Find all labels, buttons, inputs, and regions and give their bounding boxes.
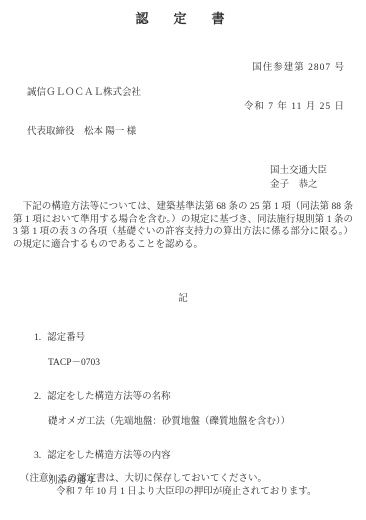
item-2-number: 2. [34, 392, 41, 402]
record-marker: 記 [0, 290, 366, 304]
notice-line-2: 令和 7 年 10 月 1 日より大臣印の押印が廃止されております。 [20, 486, 317, 499]
addressee-block: 誠信ＧＬＯＣＡＬ株式会社 代表取締役 松本 陽一 様 [27, 61, 141, 165]
item-certification-number: 1.認定番号 TACP－0703 [15, 319, 355, 369]
item-1-label: 認定番号 [47, 333, 85, 343]
notice-block: （注意）この認定書は、大切に保存しておいてください。 令和 7 年 10 月 1… [20, 473, 317, 499]
reference-block: 国住参建第 2807 号 令和 7 年 11 月 25 日 [244, 36, 345, 140]
item-2-label: 認定をした構造方法等の名称 [47, 392, 171, 402]
notice-line-1: （注意）この認定書は、大切に保存しておいてください。 [20, 473, 317, 486]
body-paragraph: 下記の構造方法等については、建築基準法第 68 条の 25 第 1 項（同法第 … [13, 201, 353, 252]
issuer-name: 金子 恭之 [270, 180, 318, 190]
item-1-number: 1. [34, 333, 41, 343]
document-title: 認 定 書 [0, 8, 366, 27]
certificate-page: 認 定 書 国住参建第 2807 号 令和 7 年 11 月 25 日 誠信ＧＬ… [0, 0, 366, 520]
items-block: 1.認定番号 TACP－0703 2.認定をした構造方法等の名称 礎オメガ工法（… [15, 319, 355, 496]
item-3-label: 認定をした構造方法等の内容 [47, 451, 171, 461]
addressee-company: 誠信ＧＬＯＣＡＬ株式会社 [27, 87, 141, 100]
document-number: 国住参建第 2807 号 [244, 62, 345, 75]
item-1-value: TACP－0703 [15, 357, 355, 370]
item-method-name: 2.認定をした構造方法等の名称 礎オメガ工法（先端地盤：砂質地盤（礫質地盤を含む… [15, 378, 355, 428]
addressee-representative: 代表取締役 松本 陽一 様 [27, 126, 141, 139]
item-3-number: 3. [34, 451, 41, 461]
item-2-value: 礎オメガ工法（先端地盤：砂質地盤（礫質地盤を含む）） [15, 416, 355, 429]
document-date: 令和 7 年 11 月 25 日 [244, 101, 345, 114]
issuer-title: 国土交通大臣 [270, 166, 327, 176]
issuer-line: 国土交通大臣 金子 恭之 [260, 152, 345, 200]
